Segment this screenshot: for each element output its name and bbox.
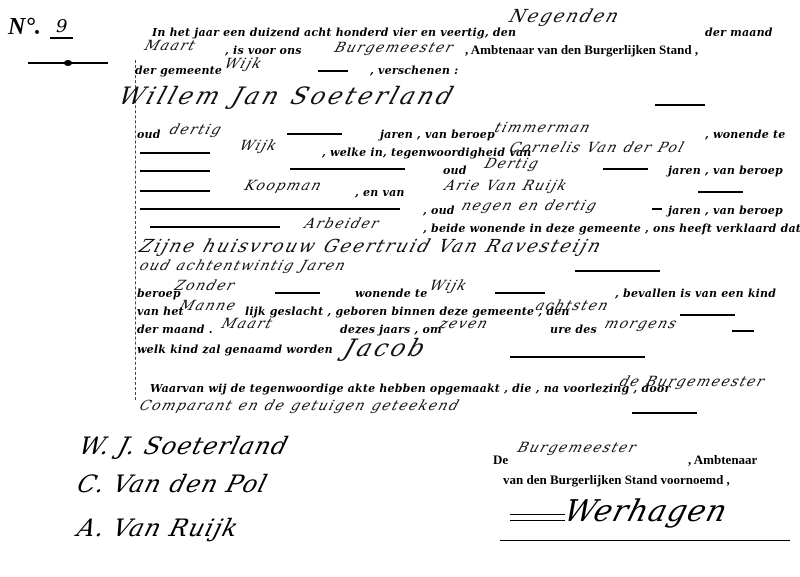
blank-line (603, 168, 648, 170)
hw-birth-hour: zeven (437, 316, 491, 332)
margin-guide-line (135, 60, 136, 400)
printed-line7-b: jaren , van beroep (668, 164, 783, 177)
hw-witness1-occupation: Koopman (242, 178, 324, 194)
blank-line (575, 270, 660, 272)
printed-line15-c: ure des (550, 323, 597, 336)
printed-line1-b: der maand (705, 26, 773, 39)
printed-line14-b: lijk geslacht , geboren binnen deze geme… (245, 305, 570, 318)
hw-declarant-residence: Wijk (237, 138, 280, 154)
printed-line10-a: , beide wonende in deze gemeente , ons h… (423, 222, 800, 235)
blank-line (287, 133, 342, 135)
hw-signed-by: de Burgemeester (617, 374, 767, 390)
blank-line (655, 104, 705, 106)
printed-line18-a: Waarvan wij de tegenwoordige akte hebben… (150, 382, 670, 395)
blank-line (140, 170, 210, 172)
blank-line (732, 330, 754, 332)
printed-line3-b: , verschenen : (370, 64, 458, 77)
signature-witness2: A. Van Ruijk (74, 514, 242, 542)
hw-witness2-name: Arie Van Ruijk (442, 178, 570, 194)
hw-sex: Manne (177, 298, 239, 314)
blank-line (275, 292, 320, 294)
signature-declarant: W. J. Soeterland (76, 432, 291, 460)
blank-line (140, 190, 210, 192)
hw-closing-official: Burgemeester (515, 440, 639, 456)
hw-declarant-age: dertig (167, 122, 224, 138)
blank-line (510, 356, 645, 358)
hw-municipality: Wijk (222, 56, 265, 72)
blank-line (698, 191, 743, 193)
blank-line (632, 412, 697, 414)
printed-line9-a: , oud (423, 204, 455, 217)
hw-mother-occupation: Zonder (172, 278, 237, 294)
flourish-underline (500, 540, 790, 541)
closing-a: De (493, 452, 508, 468)
hw-day: Negenden (507, 6, 624, 27)
printed-line16-a: welk kind zal genaamd worden (137, 343, 333, 356)
closing-b: , Ambtenaar (688, 452, 757, 468)
birth-certificate-document: N°. 9 In het jaar een duizend acht honde… (0, 0, 800, 577)
hw-birth-day: achtsten (533, 298, 611, 314)
blank-line (140, 152, 210, 154)
printed-line5-c: , wonende te (705, 128, 785, 141)
printed-line7-a: oud (443, 164, 467, 177)
hw-child-name: Jacob (340, 334, 431, 362)
hw-signed-line2: Comparant en de getuigen geteekend (137, 398, 462, 414)
flourish-line (510, 514, 565, 515)
blank-line (652, 208, 662, 210)
blank-line (150, 226, 280, 228)
blank-line (318, 70, 348, 72)
hw-statement-line2: oud achtentwintig Jaren (137, 258, 348, 274)
hw-witness2-occupation: Arbeider (302, 216, 382, 232)
ornament-divider (28, 62, 108, 64)
printed-line8-a: , en van (355, 186, 405, 199)
signature-witness1: C. Van den Pol (74, 470, 271, 498)
blank-line (495, 292, 545, 294)
printed-line2-b: , Ambtenaar van den Burgerlijken Stand , (465, 42, 698, 58)
hw-witness1-age: Dertig (482, 156, 541, 172)
printed-line5-a: oud (137, 128, 161, 141)
hw-declarant-occupation: timmerman (492, 120, 593, 136)
printed-line14-a: van het (137, 305, 184, 318)
printed-line9-b: jaren , van beroep (668, 204, 783, 217)
printed-line13-c: , bevallen is van een kind (615, 287, 776, 300)
record-number-label: N°. (8, 14, 41, 41)
hw-witness1-name: Cornelis Van der Pol (507, 140, 687, 156)
printed-line15-a: der maand . (137, 323, 213, 336)
record-number-value: 9 (50, 16, 73, 39)
signature-official: Werhagen (560, 494, 731, 529)
printed-line1-a: In het jaar een duizend acht honderd vie… (152, 26, 516, 39)
hw-time-of-day: morgens (602, 316, 680, 332)
hw-witness2-age: negen en dertig (459, 198, 599, 214)
hw-official: Burgemeester (332, 40, 456, 56)
printed-line3-a: der gemeente (135, 64, 222, 77)
printed-line5-b: jaren , van beroep (380, 128, 495, 141)
hw-birth-place: Wijk (427, 278, 470, 294)
flourish-line (510, 520, 565, 521)
blank-line (290, 168, 405, 170)
hw-statement-line1: Zijne huisvrouw Geertruid Van Ravesteijn (137, 236, 606, 257)
blank-line (680, 314, 735, 316)
closing-c: van den Burgerlijken Stand voornoemd , (503, 472, 730, 488)
hw-month: Maart (142, 38, 198, 54)
printed-line13-b: wonende te (355, 287, 427, 300)
hw-birth-month: Maart (219, 316, 275, 332)
blank-line (140, 208, 400, 210)
hw-declarant-name: Willem Jan Soeterland (115, 82, 459, 110)
